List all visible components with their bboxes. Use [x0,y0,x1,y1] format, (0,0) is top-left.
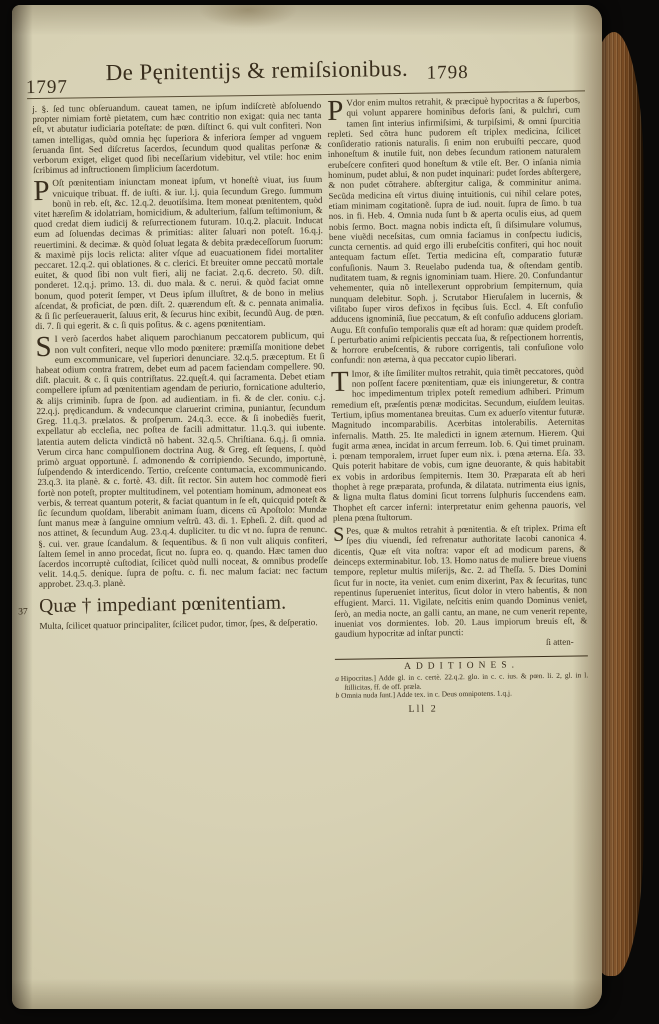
folio-number-left: 1797 [26,77,68,100]
footnote: bOmnia nuda ſunt.] Adde tex. in c. Deus … [335,689,588,701]
page-content: 1797 De Pęnitentijs & remiſsionibus. 179… [5,0,609,1009]
running-title: De Pęnitentijs & remiſsionibus. [106,56,409,86]
paragraph-pudor: PVdor enim multos retrahit, & præcipuè h… [327,94,584,365]
paragraph-multa: Multa, ſcilicet quatuor principaliter, ſ… [39,617,328,631]
paragraph-timor: TImor, & iſte ſimiliter multos retrahit,… [331,365,586,523]
book-photograph: 1797 De Pęnitentijs & remiſsionibus. 179… [0,0,659,1024]
left-text-column: j. §. ſed tunc obſeruandum. caueat tamen… [32,100,328,631]
section-heading-text: Quæ † impediant pœnitentiam. [39,592,286,616]
drop-cap: T [331,368,352,393]
drop-cap: P [33,178,52,203]
paragraph-text: Pes, quæ & multos retrahit à pœnitentia.… [333,523,587,639]
section-heading: 37 Quæ † impediant pœnitentiam. [39,592,328,618]
folio-number-right: 1798 [427,62,469,85]
paragraph-spes: SPes, quæ & multos retrahit à pœnitentia… [333,523,588,640]
drop-cap: S [35,334,54,359]
additiones-section: ADDITIONES. aHipocritas.] Adde gl. in c.… [335,655,589,716]
paragraph-continuation: j. §. ſed tunc obſeruandum. caueat tamen… [32,100,322,175]
paragraph-text: I verò ſacerdos habet aliquem parochianu… [36,331,328,590]
paragraph-text: Imor, & iſte ſimiliter multos retrahit, … [331,365,586,523]
drop-cap: P [327,98,346,123]
paragraph-text: Oſt pœnitentiam iniunctam moneat ipſum, … [34,174,325,331]
drop-cap: S [333,526,346,544]
paragraph-post-poenitentiam: POſt pœnitentiam iniunctam moneat ipſum,… [33,174,324,331]
footnote-text: Omnia nuda ſunt.] Adde tex. in c. Deus o… [341,689,512,700]
paragraph-si-vero: SI verò ſacerdos habet aliquem parochian… [35,331,328,590]
catchword: ſi atten- [335,637,588,651]
paragraph-text: Vdor enim multos retrahit, & præcipuè hy… [327,94,583,365]
signature-mark: Lll 2 [336,702,589,716]
right-text-column: PVdor enim multos retrahit, & præcipuè h… [327,94,589,716]
book-page: 1797 De Pęnitentijs & remiſsionibus. 179… [12,5,602,1009]
margin-note-number: 37 [18,601,28,623]
